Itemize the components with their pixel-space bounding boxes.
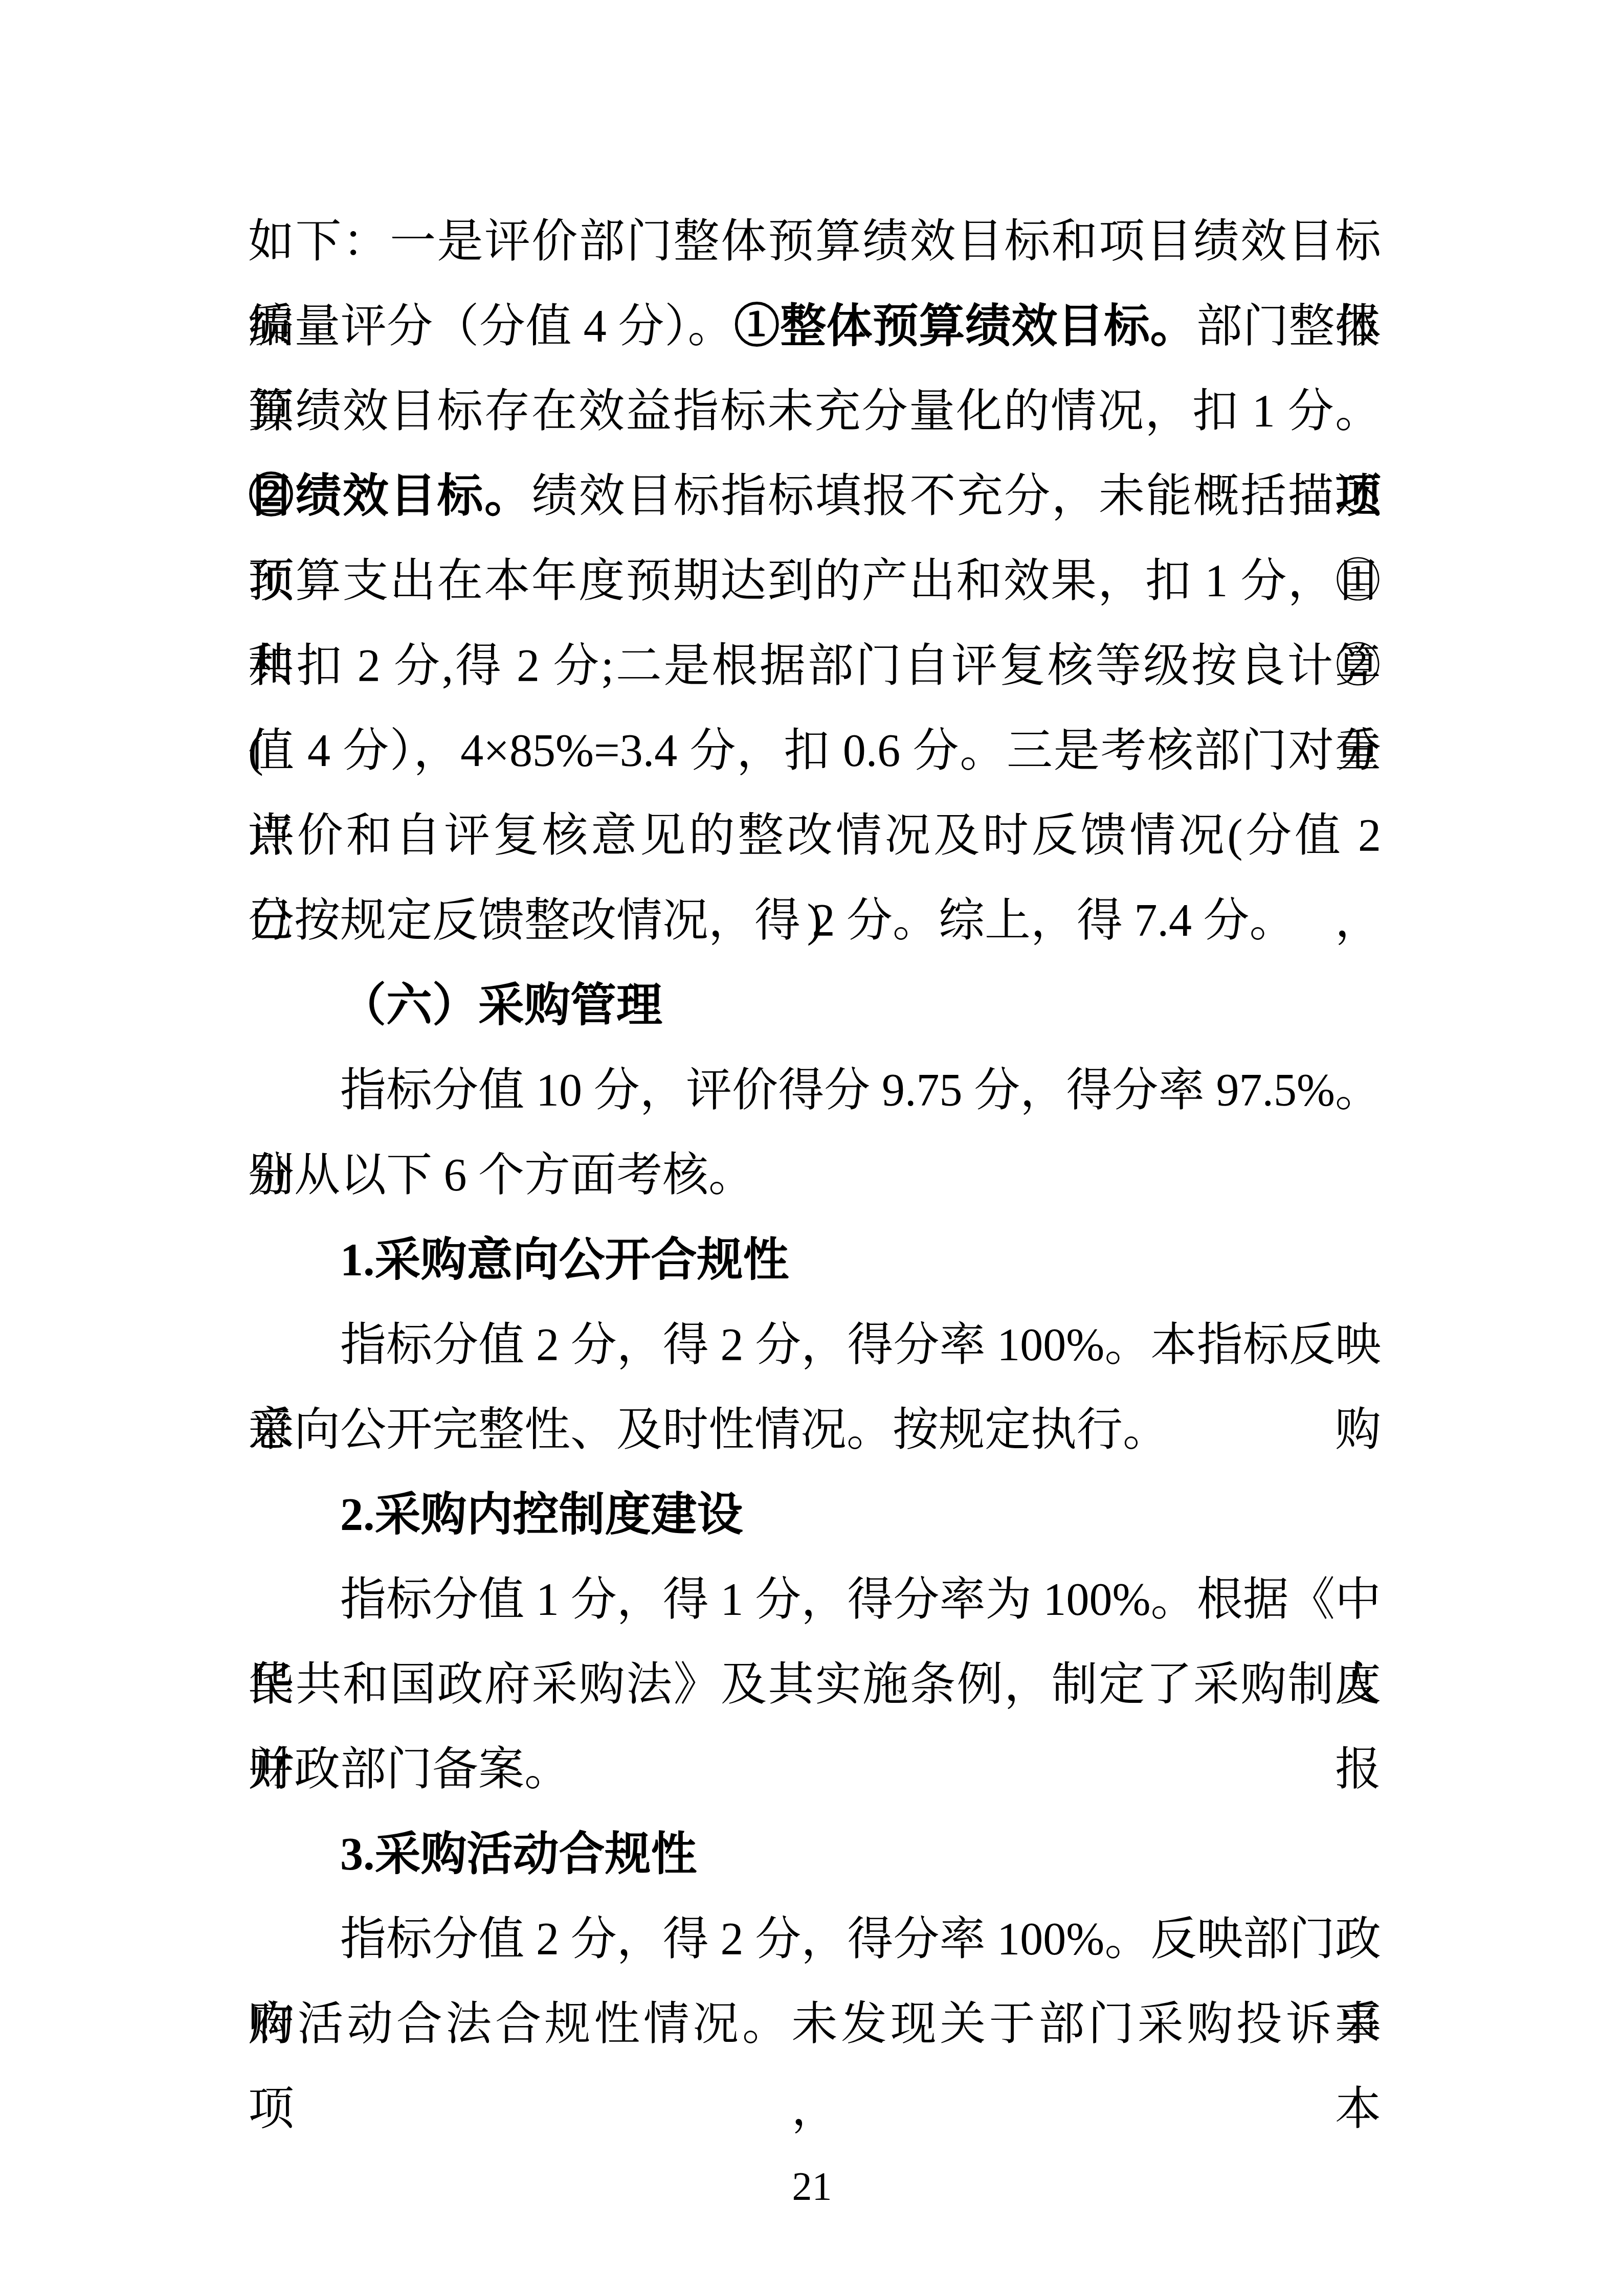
- text-line: 值 4 分），4×85%=3.4 分，扣 0.6 分。三是考核部门对重点: [248, 709, 1381, 794]
- text-run: 购活动合法合规性情况。未发现关于部门采购投诉事项，本: [248, 1999, 1381, 2134]
- text-line: （六）采购管理: [248, 963, 1381, 1048]
- text-line: 共扣 2 分,得 2 分;二是根据部门自评复核等级按良计算(分: [248, 624, 1381, 709]
- text-line: 已按规定反馈整改情况，得 2 分。综上，得 7.4 分。: [248, 879, 1381, 963]
- text-line: 指标分值 2 分，得 2 分，得分率 100%。本指标反映采购: [248, 1303, 1381, 1388]
- bold-text-run: （六）采购管理: [340, 980, 662, 1031]
- text-line: 指标分值 1 分，得 1 分，得分率为 100%。根据《中华人: [248, 1558, 1381, 1642]
- text-line: 民共和国政府采购法》及其实施条例，制定了采购制度并报: [248, 1642, 1381, 1727]
- text-run: 质量评分（分值 4 分）。: [248, 301, 734, 352]
- text-line: 1.采购意向公开合规性: [248, 1218, 1381, 1303]
- document-text: 如下：一是评价部门整体预算绩效目标和项目绩效目标编报质量评分（分值 4 分）。①…: [248, 199, 1381, 2067]
- text-line: 预算支出在本年度预期达到的产出和效果，扣 1 分，①和②: [248, 539, 1381, 624]
- bold-text-run: ①整体预算绩效目标。: [734, 301, 1196, 352]
- document-page: 如下：一是评价部门整体预算绩效目标和项目绩效目标编报质量评分（分值 4 分）。①…: [0, 0, 1624, 2296]
- page-number: 21: [0, 2144, 1624, 2229]
- text-run: 意向公开完整性、及时性情况。按规定执行。: [248, 1405, 1169, 1455]
- bold-text-run: 1.采购意向公开合规性: [340, 1235, 789, 1286]
- bold-text-run: 2.采购内控制度建设: [340, 1490, 743, 1540]
- text-line: 质量评分（分值 4 分）。①整体预算绩效目标。部门整体预: [248, 284, 1381, 369]
- text-line: 算绩效目标存在效益指标未充分量化的情况，扣 1 分。②项: [248, 369, 1381, 454]
- bold-text-run: 目绩效目标。: [248, 471, 531, 522]
- text-line: 评价和自评复核意见的整改情况及时反馈情况(分值 2 分)，: [248, 794, 1381, 879]
- text-line: 目绩效目标。绩效目标指标填报不充分，未能概括描述项目: [248, 454, 1381, 539]
- text-line: 购活动合法合规性情况。未发现关于部门采购投诉事项，本: [248, 1982, 1381, 2067]
- text-line: 2.采购内控制度建设: [248, 1473, 1381, 1558]
- text-line: 指标分值 2 分，得 2 分，得分率 100%。反映部门政府采: [248, 1897, 1381, 1982]
- text-run: 已按规定反馈整改情况，得 2 分。综上，得 7.4 分。: [248, 895, 1296, 946]
- text-line: 指标分值 10 分，评价得分 9.75 分，得分率 97.5%。分: [248, 1048, 1381, 1133]
- text-run: 算绩效目标存在效益指标未充分量化的情况，扣 1 分。: [248, 386, 1381, 437]
- text-line: 如下：一是评价部门整体预算绩效目标和项目绩效目标编报: [248, 199, 1381, 284]
- text-line: 3.采购活动合规性: [248, 1812, 1381, 1897]
- text-run: 财政部门备案。: [248, 1744, 570, 1795]
- text-line: 别从以下 6 个方面考核。: [248, 1133, 1381, 1218]
- text-run: 别从以下 6 个方面考核。: [248, 1150, 754, 1201]
- bold-text-run: 3.采购活动合规性: [340, 1829, 697, 1880]
